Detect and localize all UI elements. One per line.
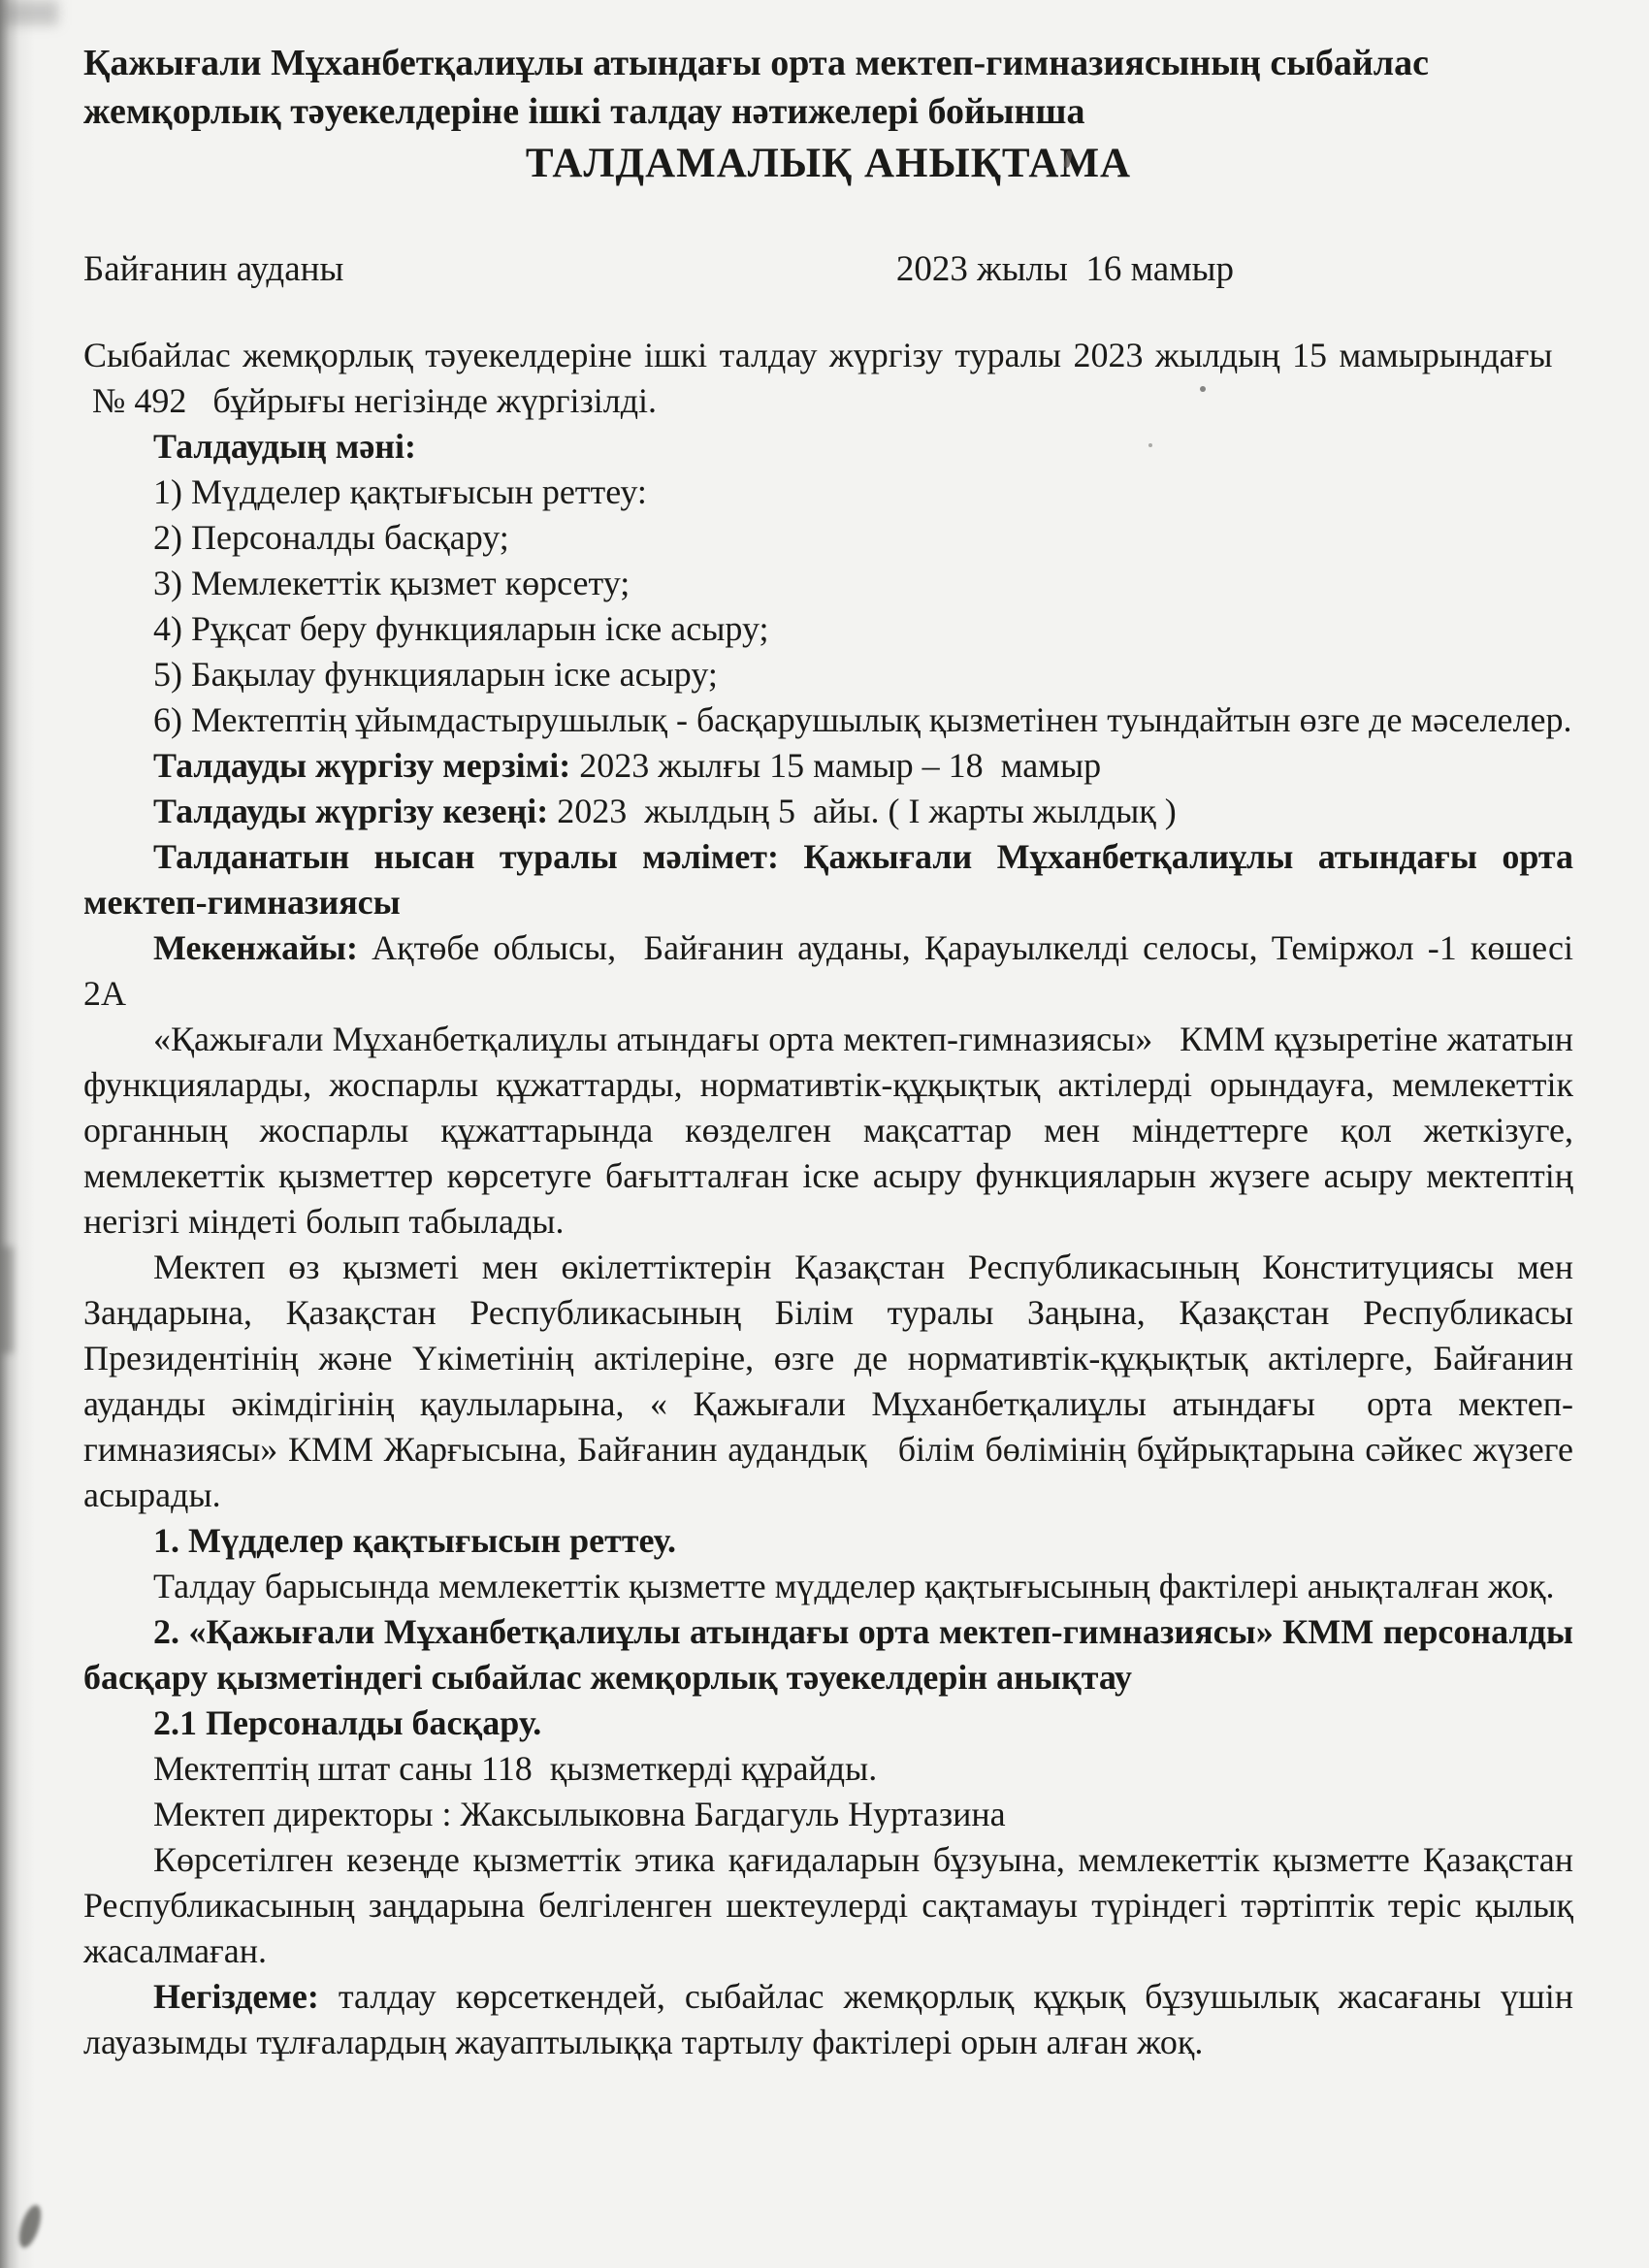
analysis-term-value: 2023 жылғы 15 мамыр – 18 мамыр [570,746,1101,785]
section2-sub-heading: 2.1 Персоналды басқару. [83,1701,1573,1746]
scan-speck [0,1247,14,1353]
analysis-term-line: Талдауды жүргізу мерзімі: 2023 жылғы 15 … [83,743,1573,789]
address-line: Мекенжайы: Ақтөбе облысы, Байғанин аудан… [83,925,1573,1017]
scanned-document-page: Қажығали Мұханбетқалиұлы атындағы орта м… [0,0,1649,2268]
subject-item-4: 4) Рұқсат беру функцияларын іске асыру; [83,606,1573,652]
analysis-object-label: Талданатын нысан туралы мәлімет: [153,837,779,876]
scan-speck [1148,443,1152,447]
analysis-period-value: 2023 жылдың 5 айы. ( І жарты жылдық ) [548,792,1177,830]
analysis-term-label: Талдауды жүргізу мерзімі: [153,746,570,785]
ethics-paragraph: Көрсетілген кезеңде қызметтік этика қағи… [83,1837,1573,1974]
analysis-period-label: Талдауды жүргізу кезеңі: [153,792,548,830]
document-title: Қажығали Мұханбетқалиұлы атындағы орта м… [83,39,1573,136]
intro-paragraph: Сыбайлас жемқорлық тәуекелдеріне ішкі та… [83,333,1573,424]
subject-item-5: 5) Бақылау функцияларын іске асыру; [83,652,1573,697]
meta-row: Байғанин ауданы 2023 жылы 16 мамыр [83,246,1573,292]
scan-speck [1200,386,1206,392]
subject-item-6: 6) Мектептің ұйымдастырушылық - басқаруш… [83,697,1573,743]
district-name: Байғанин ауданы [83,246,343,292]
basis-label: Негіздеме: [153,1977,319,2016]
document-title-main: ТАЛДАМАЛЫҚ АНЫҚТАМА [83,138,1573,190]
subject-heading: Талдаудың мәні: [83,424,1573,470]
analysis-object-line: Талданатын нысан туралы мәлімет: Қажығал… [83,834,1573,925]
subject-item-3: 3) Мемлекеттік қызмет көрсету; [83,561,1573,606]
scan-edge-shadow [0,0,35,2268]
subject-item-2: 2) Персоналды басқару; [83,515,1573,561]
subject-item-1: 1) Мүдделер қақтығысын реттеу: [83,470,1573,515]
section2-heading: 2. «Қажығали Мұханбетқалиұлы атындағы ор… [83,1609,1573,1701]
document-content: Қажығали Мұханбетқалиұлы атындағы орта м… [0,0,1649,2065]
legal-basis-paragraph: Мектеп өз қызметі мен өкілеттіктерін Қаз… [83,1245,1573,1518]
director-line: Мектеп директоры : Жаксылыковна Багдагул… [83,1792,1573,1837]
analysis-period-line: Талдауды жүргізу кезеңі: 2023 жылдың 5 а… [83,789,1573,834]
section1-heading: 1. Мүдделер қақтығысын реттеу. [83,1518,1573,1564]
scan-speck [0,0,58,25]
document-date: 2023 жылы 16 мамыр [896,246,1234,292]
mission-paragraph: «Қажығали Мұханбетқалиұлы атындағы орта … [83,1017,1573,1245]
section1-text: Талдау барысында мемлекеттік қызметте мү… [83,1564,1573,1609]
basis-paragraph: Негіздеме: талдау көрсеткендей, сыбайлас… [83,1974,1573,2065]
staff-count-line: Мектептің штат саны 118 қызметкерді құра… [83,1746,1573,1792]
address-label: Мекенжайы: [153,928,358,967]
